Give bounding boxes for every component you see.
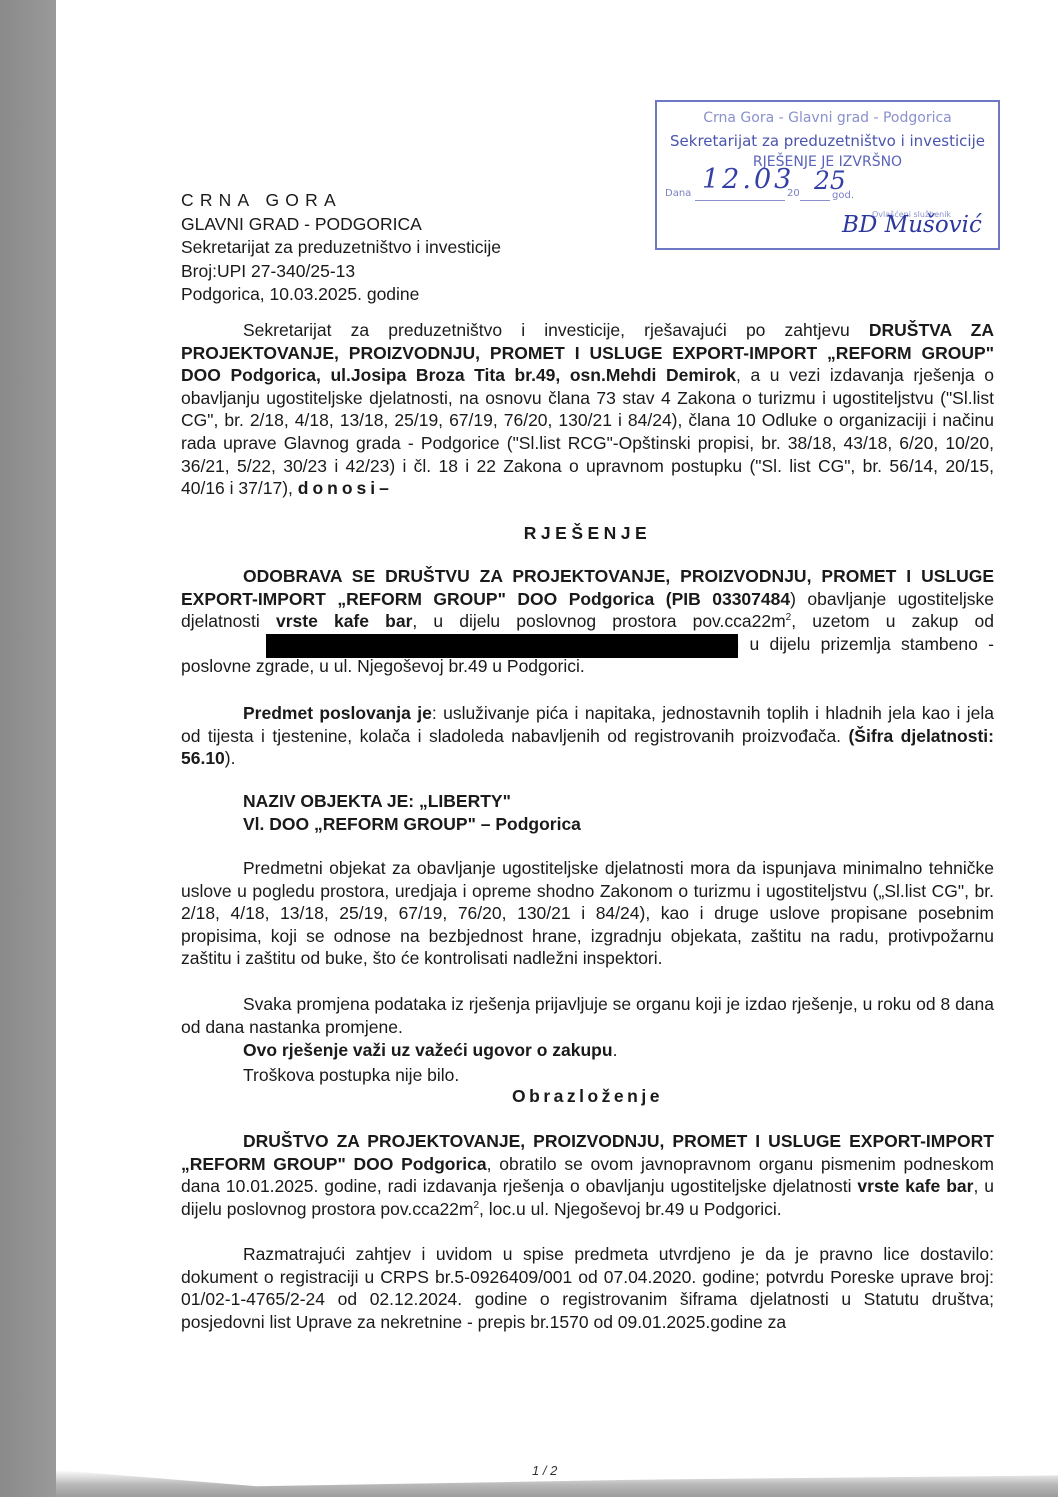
stamp-line-2: Sekretarijat za preduzetništvo i investi…: [657, 132, 998, 150]
reasoning-paragraph-2: Razmatrajući zahtjev i uvidom u spise pr…: [181, 1243, 994, 1333]
scan-edge-left: [0, 0, 56, 1497]
costs-paragraph: Troškova postupka nije bilo.: [181, 1064, 994, 1087]
change-notice-text: Svaka promjena podataka iz rješenja prij…: [181, 994, 994, 1037]
signature: BD Mušović: [842, 212, 982, 238]
conditions-paragraph: Predmetni objekat za obavljanje ugostite…: [181, 857, 994, 970]
intro-text-1: Sekretarijat za preduzetništvo i investi…: [243, 320, 869, 340]
lease-validity-end: .: [613, 1040, 618, 1060]
stamp-line-1: Crna Gora - Glavni grad - Podgorica: [657, 110, 998, 126]
reasoning-title: Obrazloženje: [181, 1086, 994, 1107]
lease-validity-text: Ovo rješenje važi uz važeći ugovor o zak…: [243, 1040, 613, 1060]
decision-text-2: , u dijelu poslovnog prostora pov.cca22m: [412, 611, 785, 631]
header-country: CRNA GORA: [181, 189, 501, 213]
header-department: Sekretarijat za preduzetništvo i investi…: [181, 236, 501, 260]
reasoning-paragraph-1: DRUŠTVO ZA PROJEKTOVANJE, PROIZVODNJU, P…: [181, 1130, 994, 1220]
donosi-word: donosi–: [298, 478, 393, 498]
decision-title: RJEŠENJE: [181, 523, 994, 544]
reasoning-business-type: vrste kafe bar: [857, 1176, 973, 1196]
stamp-year-prefix: 20: [787, 188, 800, 199]
reasoning-text-4: Razmatrajući zahtjev i uvidom u spise pr…: [181, 1244, 994, 1332]
change-notice-paragraph: Svaka promjena podataka iz rješenja prij…: [181, 993, 994, 1038]
header-place-date: Podgorica, 10.03.2025. godine: [181, 283, 501, 307]
decision-paragraph: ODOBRAVA SE DRUŠTVU ZA PROJEKTOVANJE, PR…: [181, 565, 994, 678]
stamp-year-line: [800, 200, 830, 201]
business-paragraph: Predmet poslovanja je: usluživanje pića …: [181, 702, 994, 770]
page-number: 1 / 2: [532, 1463, 557, 1478]
business-type: vrste kafe bar: [276, 611, 412, 631]
stamp-dana-label: Dana: [665, 188, 691, 199]
header-city: GLAVNI GRAD - PODGORICA: [181, 213, 501, 237]
stamp-god-label: god.: [832, 190, 854, 201]
header-case-number: Broj:UPI 27-340/25-13: [181, 260, 501, 284]
redaction-bar: [266, 634, 738, 658]
document-header: CRNA GORA GLAVNI GRAD - PODGORICA Sekret…: [181, 189, 501, 307]
intro-paragraph: Sekretarijat za preduzetništvo i investi…: [181, 319, 994, 500]
object-owner: Vl. DOO „REFORM GROUP" – Podgorica: [243, 814, 581, 834]
stamp-date-line: [695, 200, 785, 201]
reasoning-text-3: , loc.u ul. Njegoševoj br.49 u Podgorici…: [479, 1199, 782, 1219]
object-name: NAZIV OBJEKTA JE: „LIBERTY": [243, 791, 511, 811]
official-stamp: Crna Gora - Glavni grad - Podgorica Sekr…: [655, 100, 1000, 250]
stamp-handwritten-date: 12.03: [702, 164, 794, 195]
lease-validity-paragraph: Ovo rješenje važi uz važeći ugovor o zak…: [181, 1039, 994, 1062]
business-label: Predmet poslovanja je: [243, 703, 432, 723]
costs-text: Troškova postupka nije bilo.: [243, 1065, 459, 1085]
conditions-text: Predmetni objekat za obavljanje ugostite…: [181, 858, 994, 968]
object-name-block: NAZIV OBJEKTA JE: „LIBERTY" Vl. DOO „REF…: [181, 790, 994, 835]
decision-text-3: , uzetom u zakup od: [791, 611, 994, 631]
business-text-end: ).: [225, 748, 236, 768]
